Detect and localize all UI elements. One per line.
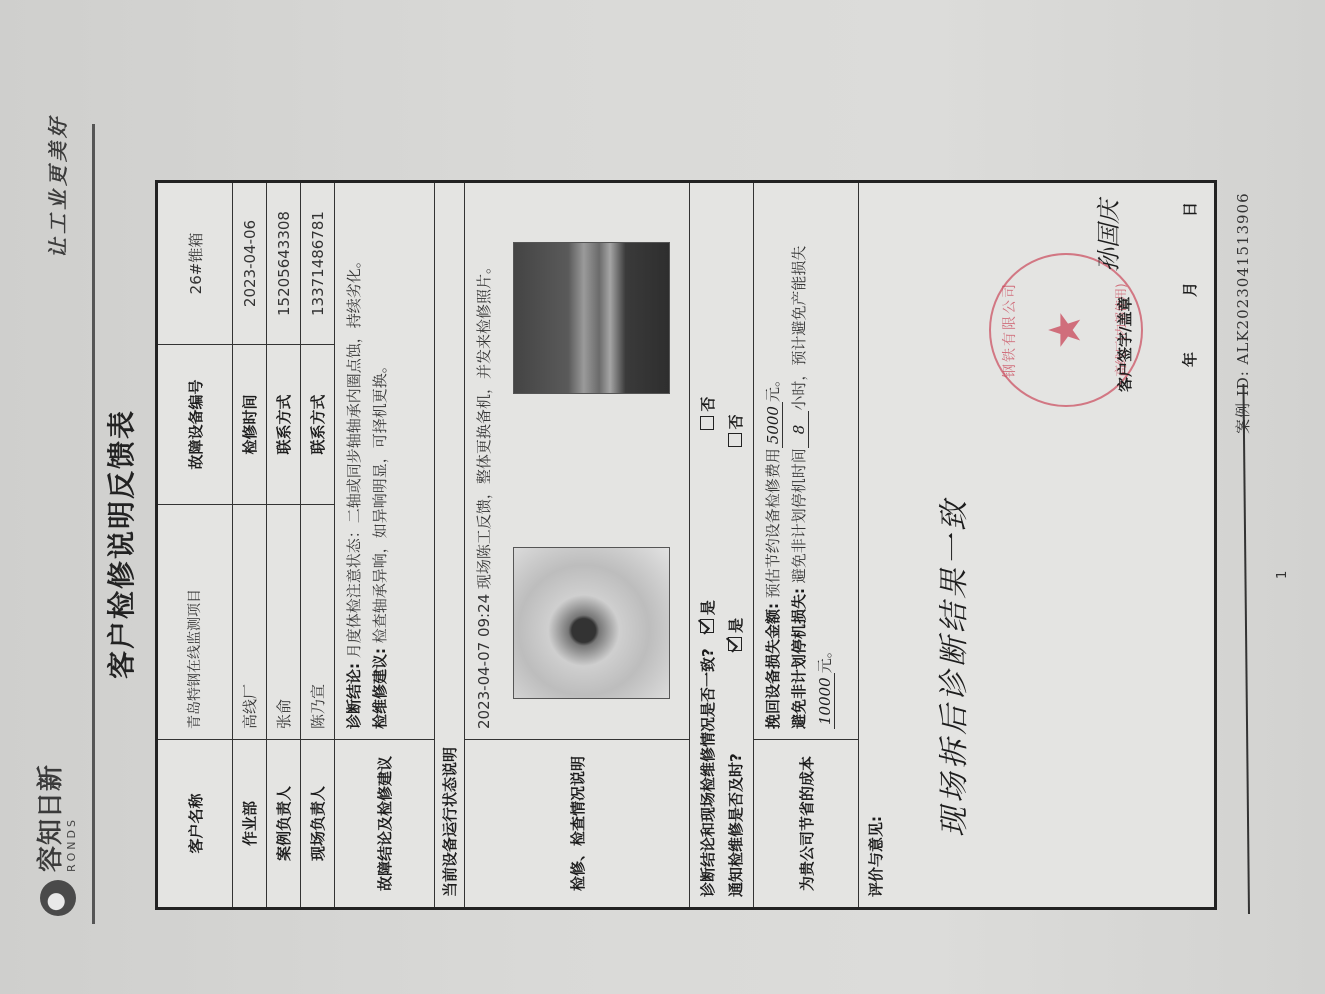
evaluation-label: 评价与意见: — [865, 816, 886, 897]
row-questions: 诊断结论和现场检维修情况是否一致? 是 否 通知检维修是否及时? 是 否 — [690, 183, 754, 907]
device-id-label: 故障设备编号 — [158, 344, 232, 504]
feedback-form-page: 容知日新 RONDS 让工业更美好 客户检修说明反馈表 客户名称 青岛特钢在线监… — [0, 94, 1325, 994]
site-owner-label: 现场负责人 — [301, 739, 334, 907]
diagnosis-conclusion: 诊断结论: 月度体检注意状态：二轴或同步轴轴承内圈点蚀，持续劣化。 — [341, 193, 367, 729]
row-savings: 为贵公司节省的成本 挽回设备损失金额: 预估节约设备检修费用5000元。 避免非… — [754, 183, 859, 907]
row-case-owner: 案例负责人 张俞 联系方式 15205643308 — [267, 183, 301, 907]
capacity-loss: 10000 — [816, 673, 835, 729]
case-contact-label: 联系方式 — [267, 344, 300, 504]
row-diagnosis: 故障结论及检修建议 诊断结论: 月度体检注意状态：二轴或同步轴轴承内圈点蚀，持续… — [335, 183, 435, 907]
site-contact-value: 13371486781 — [301, 183, 334, 344]
date-month-label: 月 — [1179, 282, 1200, 297]
inspection-note: 2023-04-07 09:24 现场陈工反馈，整体更换备机，并发来检修照片。 — [471, 193, 497, 729]
savings-section-label: 为贵公司节省的成本 — [754, 739, 858, 907]
bearing-balls-photo — [513, 547, 670, 699]
device-id-value: 26#锥箱 — [158, 183, 232, 344]
date-year-label: 年 — [1179, 352, 1200, 367]
slogan: 让工业更美好 — [42, 114, 71, 258]
brand-name-cn: 容知日新 — [38, 764, 64, 872]
question-timeliness: 通知检维修是否及时? 是 否 — [722, 193, 750, 897]
feedback-form-table: 客户名称 青岛特钢在线监测项目 故障设备编号 26#锥箱 作业部 高线厂 检修时… — [155, 180, 1217, 910]
customer-signature-label: 客户签字/盖章 — [1114, 297, 1135, 392]
star-icon: ★ — [1044, 310, 1088, 349]
status-section-label: 当前设备运行状态说明 — [435, 607, 464, 907]
dept-value: 高线厂 — [233, 504, 266, 739]
customer-signature: 孙国庆 — [1089, 200, 1124, 272]
row-dept: 作业部 高线厂 检修时间 2023-04-06 — [233, 183, 267, 907]
question-consistency: 诊断结论和现场检维修情况是否一致? 是 否 — [694, 193, 722, 897]
bearing-ring-photo — [513, 242, 670, 394]
timeliness-yes-checkbox[interactable] — [728, 637, 742, 651]
maintenance-advice: 检维修建议: 检查轴承异响，如异响明显，可择机更换。 — [367, 193, 393, 729]
case-owner-value: 张俞 — [267, 504, 300, 739]
inspection-section-label: 检修、检查情况说明 — [465, 739, 689, 907]
dept-label: 作业部 — [233, 739, 266, 907]
downtime-hours: 8 — [790, 411, 809, 449]
consistency-no-checkbox[interactable] — [700, 416, 714, 430]
row-evaluation: 评价与意见: 现场拆后诊断结果一致 钢铁有限公司 ★ 高线厂(内部使用) 客户签… — [859, 183, 1214, 907]
header-divider — [92, 124, 95, 924]
row-customer: 客户名称 青岛特钢在线监测项目 故障设备编号 26#锥箱 — [158, 183, 233, 907]
page-number: 1 — [1275, 571, 1290, 579]
case-contact-value: 15205643308 — [267, 183, 300, 344]
recovered-loss: 挽回设备损失金额: 预估节约设备检修费用5000元。 — [760, 193, 786, 729]
footer-divider — [1242, 384, 1250, 914]
document-title: 客户检修说明反馈表 — [100, 94, 140, 994]
case-owner-label: 案例负责人 — [267, 739, 300, 907]
timeliness-no-checkbox[interactable] — [728, 433, 742, 447]
brand-logo: 容知日新 RONDS — [38, 764, 77, 916]
recovered-amount: 5000 — [764, 402, 783, 448]
row-site-owner: 现场负责人 陈乃宣 联系方式 13371486781 — [301, 183, 335, 907]
repair-time-value: 2023-04-06 — [233, 183, 266, 344]
customer-name-label: 客户名称 — [158, 739, 232, 907]
row-status: 当前设备运行状态说明 — [435, 183, 465, 907]
downtime-loss: 避免非计划停机损失: 避免非计划停机时间8小时，预计避免产能损失10000元。 — [786, 193, 838, 729]
handwritten-evaluation: 现场拆后诊断结果一致 — [929, 497, 973, 837]
brand-name-en: RONDS — [66, 764, 77, 872]
brand-logo-icon — [40, 880, 76, 916]
site-contact-label: 联系方式 — [301, 344, 334, 504]
site-owner-value: 陈乃宣 — [301, 504, 334, 739]
date-day-label: 日 — [1179, 202, 1200, 217]
consistency-yes-checkbox[interactable] — [700, 619, 714, 633]
diagnosis-section-label: 故障结论及检修建议 — [335, 739, 434, 907]
customer-name-value: 青岛特钢在线监测项目 — [158, 504, 232, 739]
repair-time-label: 检修时间 — [233, 344, 266, 504]
row-inspection: 检修、检查情况说明 2023-04-07 09:24 现场陈工反馈，整体更换备机… — [465, 183, 690, 907]
